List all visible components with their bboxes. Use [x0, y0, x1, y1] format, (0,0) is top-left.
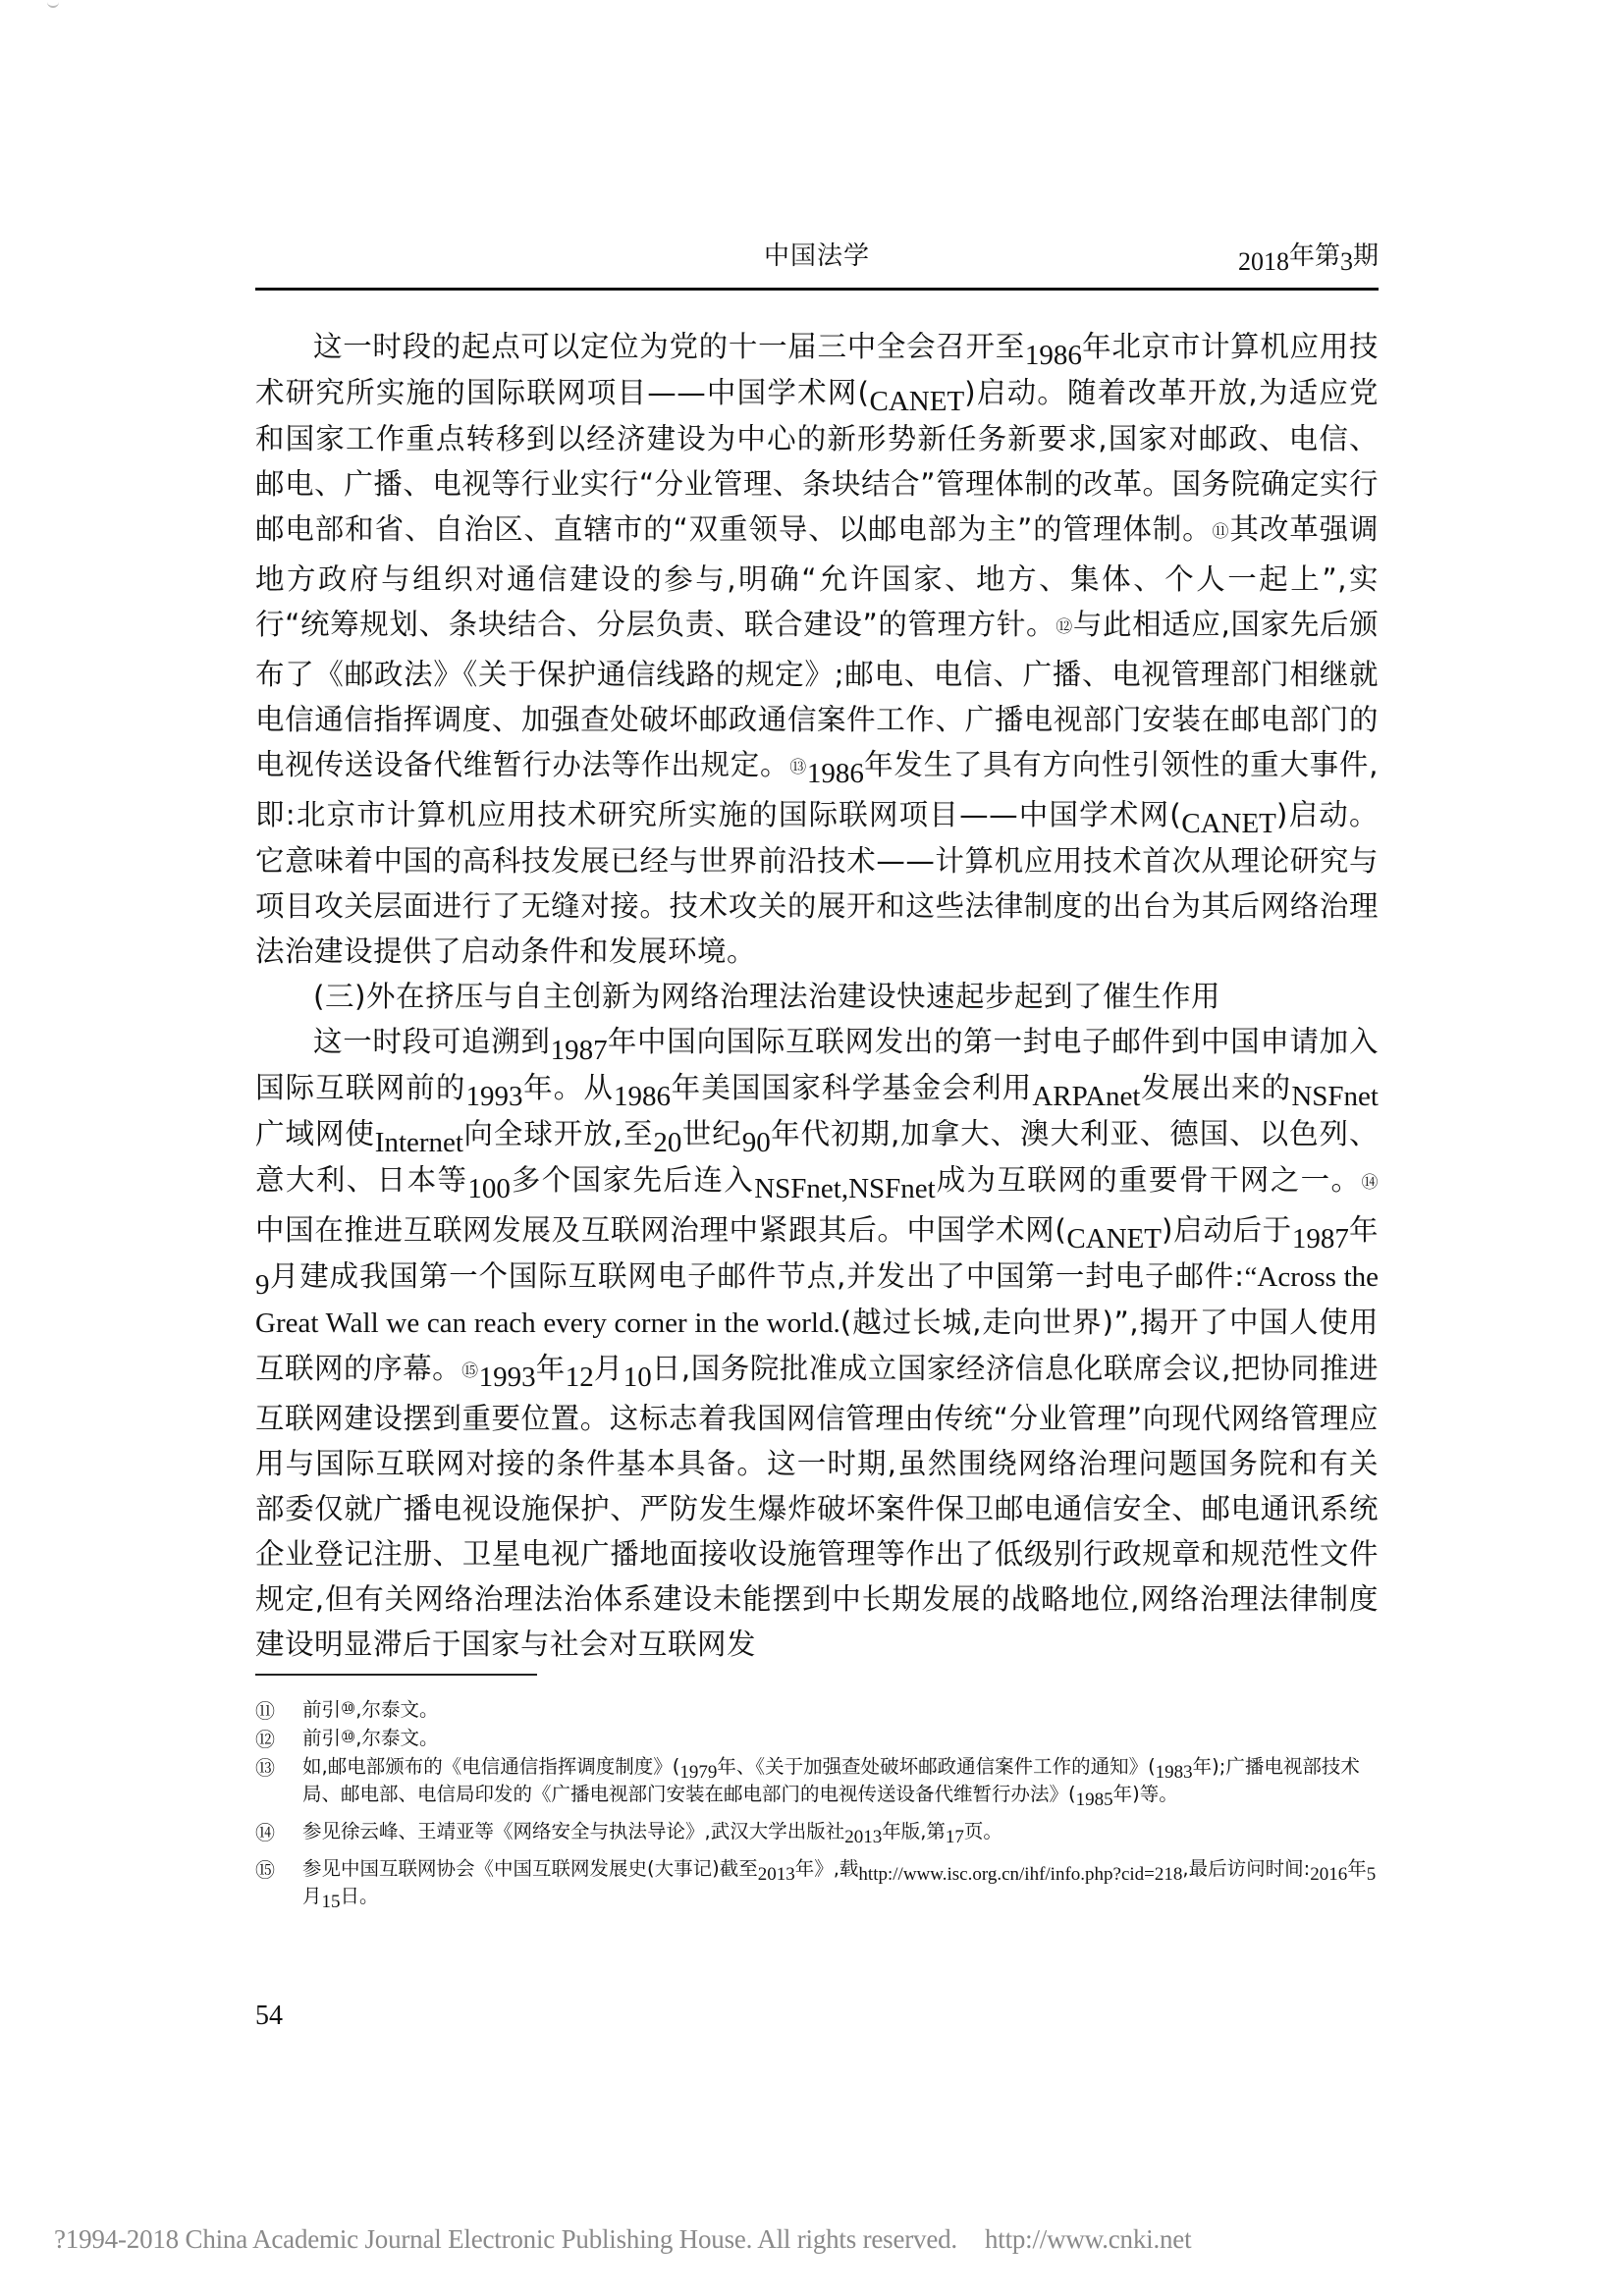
text-segment: 成为互联网的重要骨干网之一。 [936, 1163, 1362, 1197]
text-segment: 月建成我国第一个国际互联网电子邮件节点,并发出了中国第一封电子邮件: [270, 1259, 1245, 1293]
year: 1993 [465, 1081, 522, 1112]
year: 2013 [844, 1827, 882, 1847]
text-segment: 月 [594, 1352, 623, 1385]
footnote-mark: ⑫ [255, 1727, 275, 1753]
text-segment: 日,国务院批准成立国家经济信息化联席会议,把协同推进互联网建设摆到重要位置。这标… [255, 1352, 1379, 1661]
footnote-ref-12[interactable]: ⑫ [1056, 617, 1073, 637]
issue-year: 2018 [1238, 247, 1289, 276]
section-heading: (三)外在挤压与自主创新为网络治理法治建设快速起步起到了催生作用 [255, 974, 1379, 1019]
number: 90 [742, 1127, 771, 1158]
footnote-14: ⑭ 参见徐云峰、王靖亚等《网络安全与执法导论》,武汉大学出版社2013年版,第1… [255, 1818, 1379, 1845]
text-segment: 页。 [964, 1820, 1002, 1842]
text-segment: 日。 [341, 1885, 379, 1907]
text-segment: 这一时段的起点可以定位为党的十一届三中全会召开至 [313, 330, 1025, 363]
footnote-15: ⑮ 参见中国互联网协会《中国互联网发展史(大事记)截至2013年》,载http:… [255, 1855, 1379, 1910]
acronym: CANET [870, 386, 965, 417]
scan-corner-mark [47, 0, 59, 8]
text-segment: 年 [1347, 1857, 1367, 1880]
text-segment: 广域网使 [255, 1117, 375, 1150]
year: 2013 [758, 1864, 795, 1885]
copyright-footer: ?1994-2018 China Academic Journal Electr… [54, 2224, 1330, 2255]
running-header: 中国法学 2018年第3期 [255, 236, 1379, 283]
year: 1986 [1025, 340, 1082, 371]
reference-url[interactable]: http://www.isc.org.cn/ihf/info.php?cid=2… [858, 1864, 1182, 1885]
paragraph-2: 这一时段可追溯到1987年中国向国际互联网发出的第一封电子邮件到中国申请加入国际… [255, 1019, 1379, 1667]
text-segment: 年版,第 [882, 1820, 946, 1842]
footnote-11: ⑪ 前引⑩,尔泰文。 [255, 1696, 1379, 1725]
footnote-ref-10[interactable]: ⑩ [341, 1699, 355, 1719]
number: 12 [566, 1362, 594, 1393]
footnote-13: ⑬ 如,邮电部颁布的《电信通信指挥调度制度》(1979年、《关于加强查处破坏邮政… [255, 1753, 1379, 1808]
year: 1985 [1076, 1789, 1113, 1810]
footnotes: ⑪ 前引⑩,尔泰文。 ⑫ 前引⑩,尔泰文。 ⑬ 如,邮电部颁布的《电信通信指挥调… [255, 1696, 1379, 1910]
network-name: ARPAnet [1032, 1081, 1140, 1112]
text-segment: 向全球开放,至 [463, 1117, 653, 1150]
text-segment: 年、《关于加强查处破坏邮政通信案件工作的通知》( [717, 1755, 1155, 1778]
year: 1987 [1292, 1223, 1349, 1255]
footnote-ref-13[interactable]: ⑬ [789, 758, 807, 777]
copyright-url[interactable]: http://www.cnki.net [985, 2224, 1191, 2254]
year: 1986 [807, 758, 864, 789]
text-segment: 年》,载 [795, 1857, 859, 1880]
footnote-mark: ⑬ [255, 1755, 275, 1782]
text-segment: 中国在推进互联网发展及互联网治理中紧跟其后。中国学术网( [255, 1213, 1066, 1247]
network-name: Internet [375, 1127, 463, 1158]
year: 1986 [614, 1081, 671, 1112]
text-segment: 年。从 [522, 1071, 614, 1104]
footnote-mark: ⑮ [255, 1857, 275, 1884]
text-segment: 年 [536, 1352, 566, 1385]
issue-year-suffix: 年第 [1289, 241, 1340, 271]
text-segment: 年 [1349, 1213, 1379, 1247]
year: 1993 [479, 1362, 536, 1393]
journal-name: 中国法学 [255, 236, 1379, 272]
text-segment: 前引 [302, 1727, 341, 1749]
network-name: NSFnet,NSFnet [754, 1173, 936, 1204]
footnote-ref-14[interactable]: ⑭ [1361, 1173, 1379, 1193]
number: 9 [255, 1269, 270, 1301]
number: 15 [322, 1892, 341, 1912]
year: 2016 [1310, 1864, 1347, 1885]
number: 10 [623, 1362, 652, 1393]
text-segment: )启动后于 [1162, 1213, 1292, 1247]
text-segment: 多个国家先后连入 [511, 1163, 754, 1197]
text-segment: 如,邮电部颁布的《电信通信指挥调度制度》( [302, 1755, 679, 1778]
footnote-rule [255, 1674, 537, 1676]
footnote-12: ⑫ 前引⑩,尔泰文。 [255, 1725, 1379, 1753]
page-ref: 17 [946, 1827, 964, 1847]
text-segment: 这一时段可追溯到 [313, 1025, 551, 1058]
footnote-ref-11[interactable]: ⑪ [1213, 522, 1230, 542]
footnote-ref-10[interactable]: ⑩ [341, 1728, 355, 1747]
copyright-text: ?1994-2018 China Academic Journal Electr… [54, 2224, 957, 2254]
network-name: NSFnet [1291, 1081, 1379, 1112]
number: 20 [653, 1127, 681, 1158]
issue-suffix: 期 [1353, 241, 1379, 271]
text-segment: 年)等。 [1113, 1783, 1178, 1805]
issue-number: 3 [1340, 247, 1353, 276]
text-segment: 参见徐云峰、王靖亚等《网络安全与执法导论》,武汉大学出版社 [302, 1820, 844, 1842]
acronym: CANET [1181, 808, 1276, 839]
number: 100 [467, 1173, 511, 1204]
issue-label: 2018年第3期 [1238, 236, 1379, 272]
text-segment: ,尔泰文。 [355, 1727, 438, 1749]
text-segment: 世纪 [681, 1117, 741, 1150]
text-segment: 年美国国家科学基金会利用 [671, 1071, 1032, 1104]
header-rule [255, 288, 1379, 291]
footnote-mark: ⑪ [255, 1698, 275, 1725]
acronym: CANET [1066, 1223, 1162, 1255]
text-segment: ,尔泰文。 [355, 1698, 438, 1721]
year: 1987 [551, 1035, 608, 1066]
year: 1979 [679, 1762, 717, 1783]
text-segment: 发展出来的 [1140, 1071, 1291, 1104]
text-segment: 月 [302, 1885, 322, 1907]
page-number: 54 [255, 2001, 283, 2032]
text-segment: 前引 [302, 1698, 341, 1721]
footnote-mark: ⑭ [255, 1820, 275, 1846]
text-segment: ,最后访问时间: [1182, 1857, 1310, 1880]
year: 1983 [1156, 1762, 1193, 1783]
text-segment: 参见中国互联网协会《中国互联网发展史(大事记)截至 [302, 1857, 758, 1880]
body-text: 这一时段的起点可以定位为党的十一届三中全会召开至1986年北京市计算机应用技术研… [255, 324, 1379, 1667]
paragraph-1: 这一时段的起点可以定位为党的十一届三中全会召开至1986年北京市计算机应用技术研… [255, 324, 1379, 974]
footnote-ref-15[interactable]: ⑮ [461, 1362, 479, 1381]
number: 5 [1367, 1864, 1377, 1885]
